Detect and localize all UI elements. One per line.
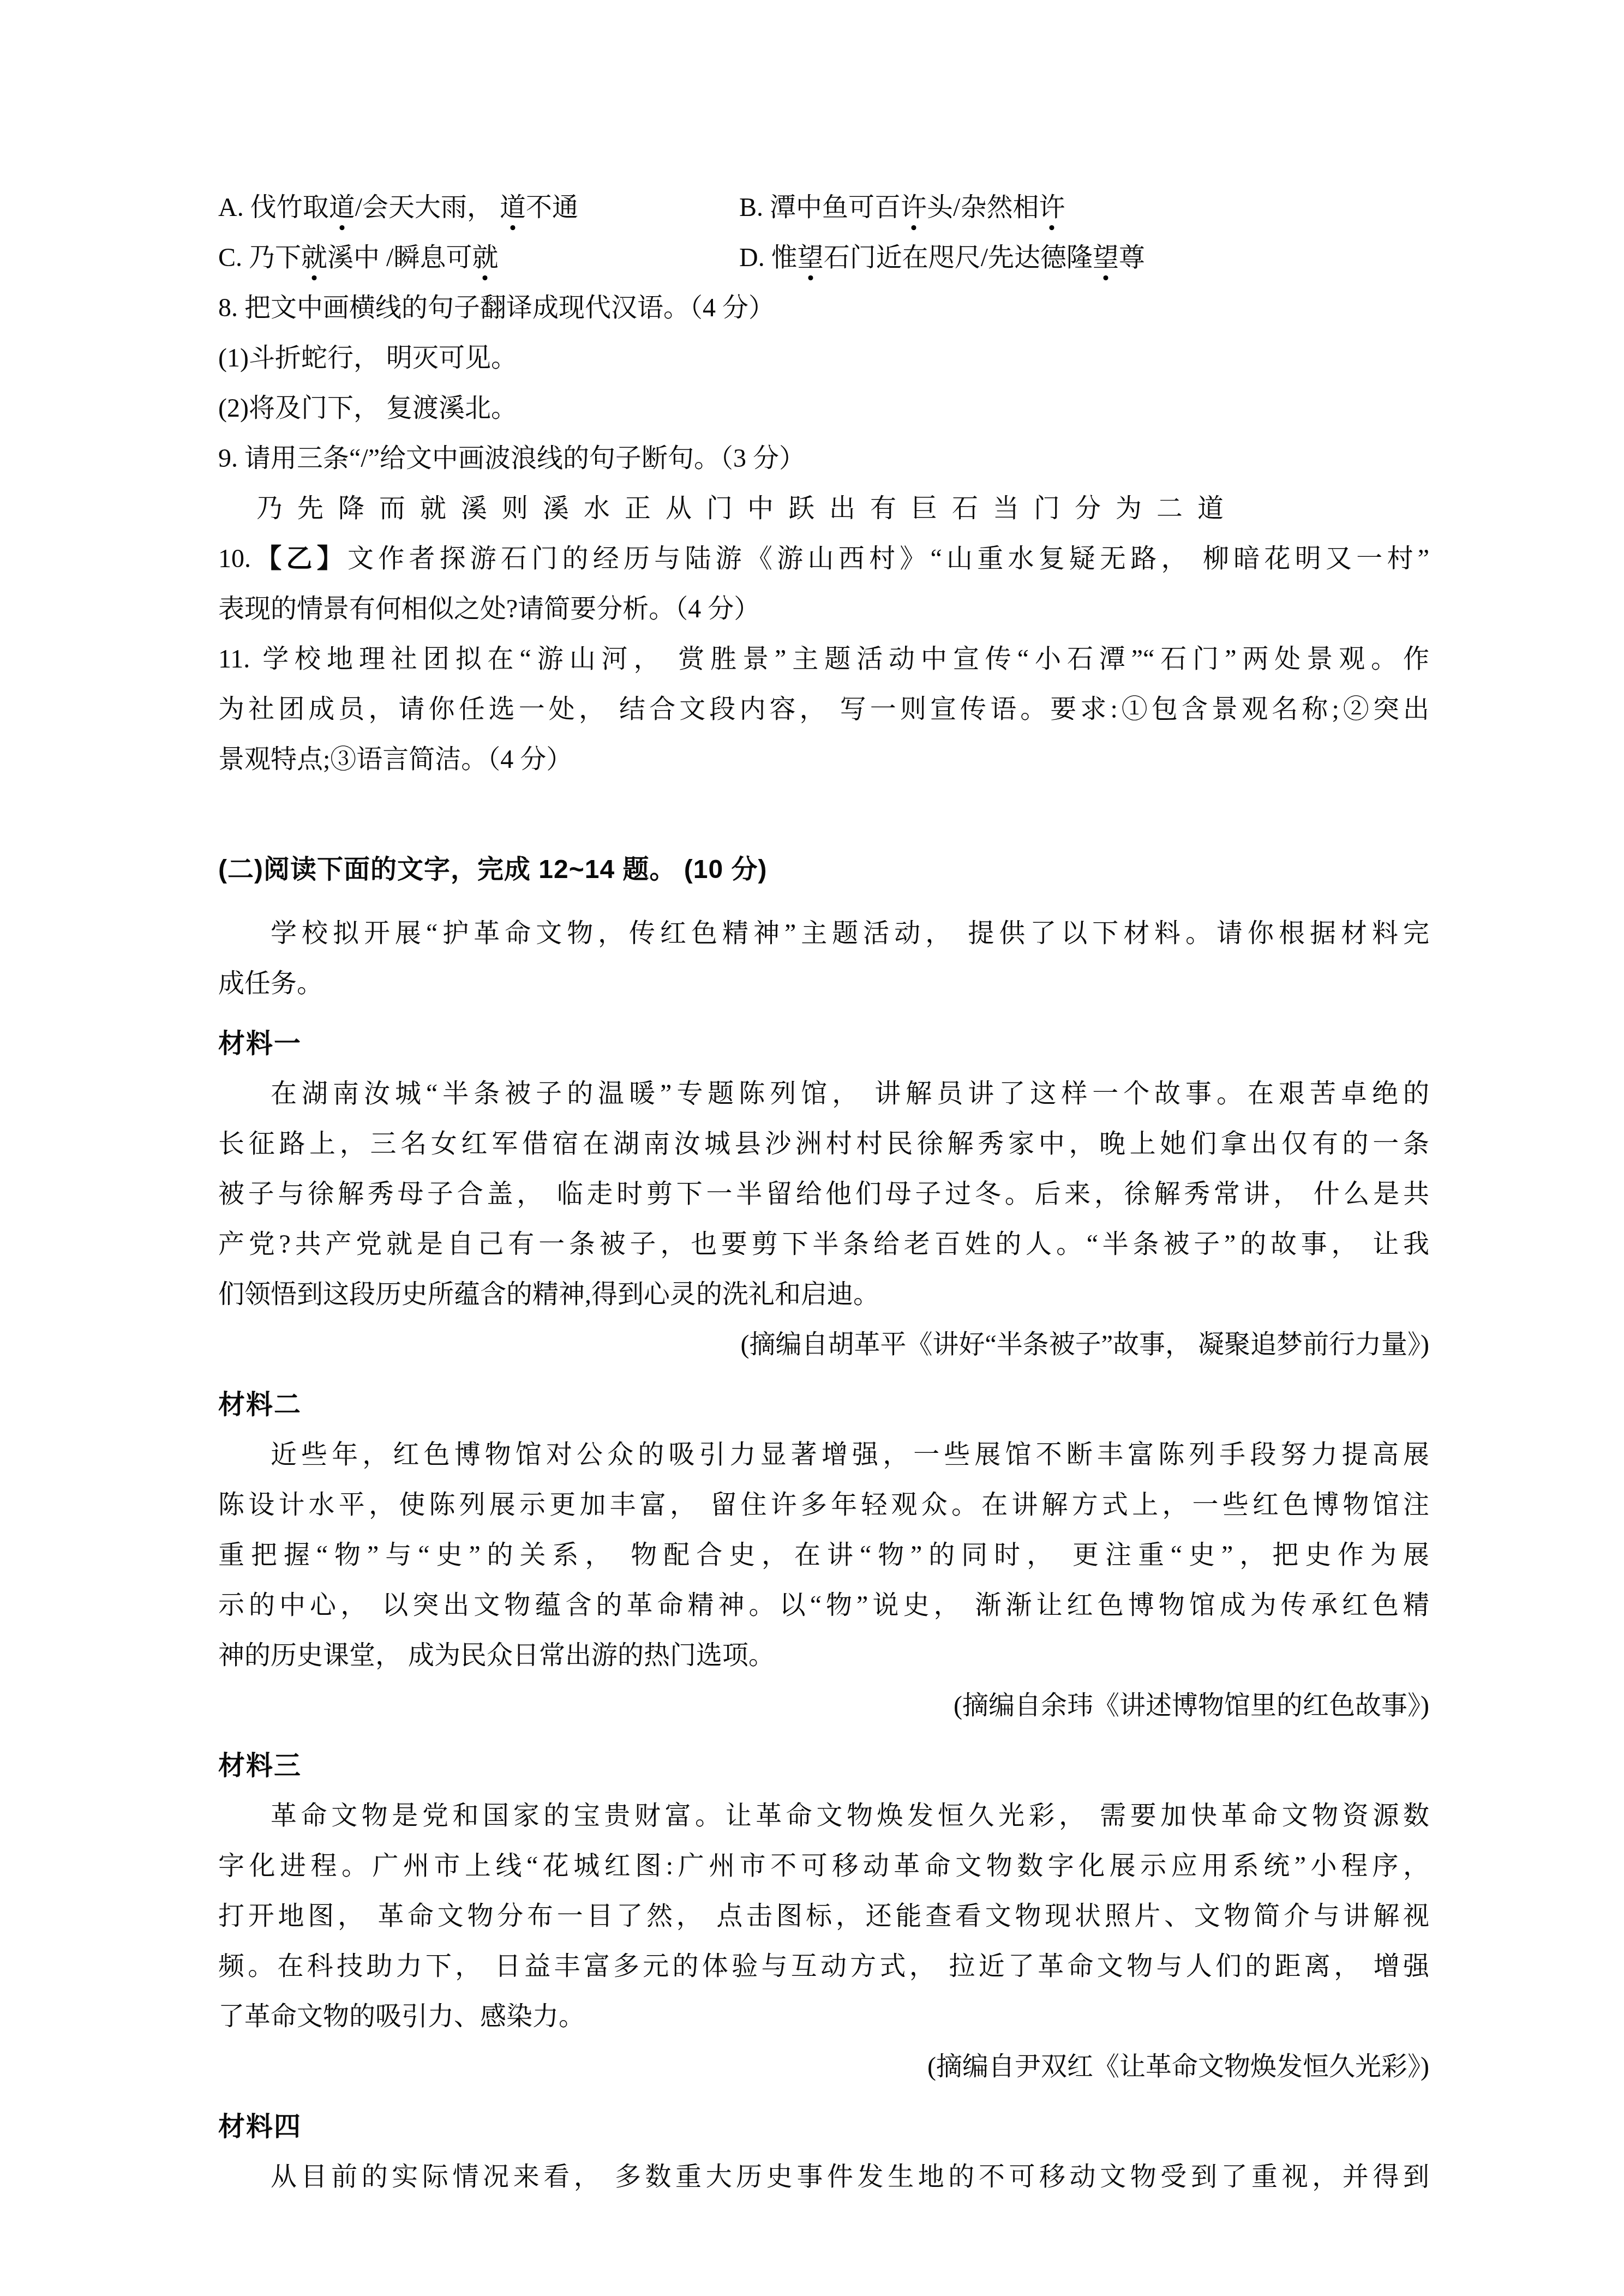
material-2-line-3: 重把握“物”与“史”的关系， 物配合史，在讲“物”的同时， 更注重“史”，把史作… [218, 1530, 1429, 1580]
option-a: A. 伐竹取道/会天大雨， 道不通 [218, 183, 739, 233]
text-segment: 文作者探游石门的经历与陆游《游山西村》“山重水复疑无路， 柳暗花明又一村” [347, 544, 1429, 573]
emphasized-character: 道 [500, 193, 526, 222]
material-1-heading: 材料一 [218, 1019, 1429, 1069]
material-3-line-1: 革命文物是党和国家的宝贵财富。让革命文物焕发恒久光彩， 需要加快革命文物资源数 [218, 1791, 1429, 1841]
material-2-line-4: 示的中心， 以突出文物蕴含的革命精神。以“物”说史， 渐渐让红色博物馆成为传承红… [218, 1580, 1429, 1631]
section-2-intro-line-2: 成任务。 [218, 959, 1429, 1009]
material-1-line-1: 在湖南汝城“半条被子的温暖”专题陈列馆， 讲解员讲了这样一个故事。在艰苦卓绝的 [218, 1069, 1429, 1119]
option-b: B. 潭中鱼可百许头/杂然相许 [739, 183, 1429, 233]
material-4-line-1: 从目前的实际情况来看， 多数重大历史事件发生地的不可移动文物受到了重视，并得到 [218, 2152, 1429, 2202]
section-2-heading: (二)阅读下面的文字，完成 12~14 题。 (10 分) [218, 845, 1429, 895]
question-8-item-2: (2)将及门下， 复渡溪北。 [218, 383, 1429, 434]
text-segment: C. 乃下 [218, 243, 301, 272]
material-2-line-2: 陈设计水平，使陈列展示更加丰富， 留住许多年轻观众。在讲解方式上，一些红色博物馆… [218, 1480, 1429, 1530]
material-3-heading: 材料三 [218, 1741, 1429, 1791]
material-2-line-5: 神的历史课堂， 成为民众日常出游的热门选项。 [218, 1631, 1429, 1681]
material-3-line-3: 打开地图， 革命文物分布一目了然， 点击图标，还能查看文物现状照片、文物简介与讲… [218, 1891, 1429, 1942]
document-body: A. 伐竹取道/会天大雨， 道不通B. 潭中鱼可百许头/杂然相许C. 乃下就溪中… [218, 183, 1429, 2202]
question-11-line-1: 11. 学校地理社团拟在“游山河， 赏胜景”主题活动中宣传“小石潭”“石门”两处… [218, 634, 1429, 684]
text-segment: 不通 [526, 193, 578, 222]
material-1-line-3: 被子与徐解秀母子合盖， 临走时剪下一半留给他们母子过冬。后来，徐解秀常讲， 什么… [218, 1169, 1429, 1219]
material-4-heading: 材料四 [218, 2102, 1429, 2152]
text-segment: 【乙】 [251, 544, 347, 573]
question-9: 9. 请用三条“/”给文中画波浪线的句子断句。（3 分） [218, 434, 1429, 484]
options-row-2: C. 乃下就溪中 /瞬息可就D. 惟望石门近在咫尺/先达德隆望尊 [218, 233, 1429, 283]
text-segment: /会天大雨， [355, 193, 500, 222]
section-2-intro-line-1: 学校拟开展“护革命文物，传红色精神”主题活动， 提供了以下材料。请你根据材料完 [218, 909, 1429, 959]
material-1-line-4: 产党?共产党就是自己有一条被子，也要剪下半条给老百姓的人。“半条被子”的故事， … [218, 1219, 1429, 1270]
emphasized-character: 望 [798, 243, 824, 272]
question-11-line-3: 景观特点;③语言简洁。（4 分） [218, 735, 1429, 785]
question-8: 8. 把文中画横线的句子翻译成现代汉语。（4 分） [218, 283, 1429, 333]
material-2-heading: 材料二 [218, 1380, 1429, 1430]
text-segment: 溪中 /瞬息可 [327, 243, 472, 272]
emphasized-character: 就 [472, 243, 498, 272]
material-1-line-5: 们领悟到这段历史所蕴含的精神,得到心灵的洗礼和启迪。 [218, 1270, 1429, 1320]
material-3-line-4: 频。在科技助力下， 日益丰富多元的体验与互动方式， 拉近了革命文物与人们的距离，… [218, 1942, 1429, 1992]
emphasized-character: 道 [329, 193, 355, 222]
text-segment: A. 伐竹取 [218, 193, 329, 222]
material-2-source: (摘编自余玮《讲述博物馆里的红色故事》) [218, 1681, 1429, 1731]
question-10-line-2: 表现的情景有何相似之处?请简要分析。（4 分） [218, 584, 1429, 634]
text-segment: 石门近在咫尺/先达德隆 [824, 243, 1093, 272]
text-segment: 尊 [1119, 243, 1145, 272]
emphasized-character: 就 [301, 243, 327, 272]
material-1-line-2: 长征路上，三名女红军借宿在湖南汝城县沙洲村村民徐解秀家中，晚上她们拿出仅有的一条 [218, 1119, 1429, 1169]
emphasized-character: 许 [1039, 193, 1065, 222]
material-3-line-2: 字化进程。广州市上线“花城红图:广州市不可移动革命文物数字化展示应用系统”小程序… [218, 1841, 1429, 1891]
exam-paper-page: A. 伐竹取道/会天大雨， 道不通B. 潭中鱼可百许头/杂然相许C. 乃下就溪中… [0, 0, 1624, 2296]
material-2-line-1: 近些年，红色博物馆对公众的吸引力显著增强，一些展馆不断丰富陈列手段努力提高展 [218, 1430, 1429, 1480]
material-3-source: (摘编自尹双红《让革命文物焕发恒久光彩》) [218, 2042, 1429, 2092]
option-c: C. 乃下就溪中 /瞬息可就 [218, 233, 739, 283]
option-d: D. 惟望石门近在咫尺/先达德隆望尊 [739, 233, 1429, 283]
text-segment: 10. [218, 544, 251, 573]
question-10-line-1: 10.【乙】文作者探游石门的经历与陆游《游山西村》“山重水复疑无路， 柳暗花明又… [218, 534, 1429, 584]
question-11-line-2: 为社团成员，请你任选一处， 结合文段内容， 写一则宣传语。要求:①包含景观名称;… [218, 684, 1429, 735]
text-segment: 头/杂然相 [927, 193, 1039, 222]
emphasized-character: 许 [901, 193, 927, 222]
emphasized-character: 望 [1093, 243, 1119, 272]
material-1-source: (摘编自胡革平《讲好“半条被子”故事， 凝聚追梦前行力量》) [218, 1320, 1429, 1370]
material-3-line-5: 了革命文物的吸引力、感染力。 [218, 1992, 1429, 2042]
question-8-item-1: (1)斗折蛇行， 明灭可见。 [218, 333, 1429, 383]
text-segment: B. 潭中鱼可百 [739, 193, 901, 222]
options-row-1: A. 伐竹取道/会天大雨， 道不通B. 潭中鱼可百许头/杂然相许 [218, 183, 1429, 233]
text-segment: D. 惟 [739, 243, 798, 272]
question-9-sentence: 乃先降而就溪则溪水正从门中跃出有巨石当门分为二道 [218, 484, 1429, 534]
